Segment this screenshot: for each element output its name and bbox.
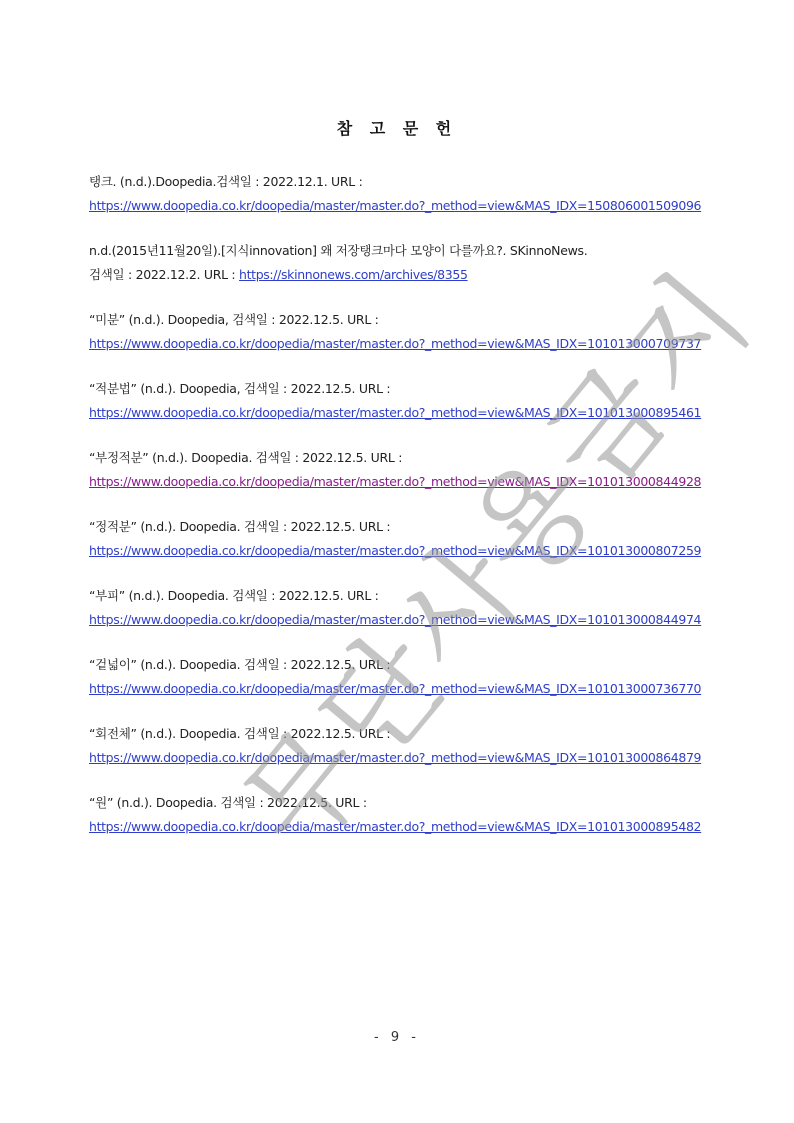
reference-item: “정적분” (n.d.). Doopedia. 검색일 : 2022.12.5.… — [89, 515, 709, 563]
reference-link[interactable]: https://www.doopedia.co.kr/doopedia/mast… — [89, 543, 701, 558]
reference-item: “부피” (n.d.). Doopedia. 검색일 : 2022.12.5. … — [89, 584, 709, 632]
reference-list: 탱크. (n.d.).Doopedia.검색일 : 2022.12.1. URL… — [89, 170, 709, 860]
reference-citation: “원” (n.d.). Doopedia. 검색일 : 2022.12.5. U… — [89, 791, 709, 815]
reference-link[interactable]: https://skinnonews.com/archives/8355 — [239, 267, 468, 282]
reference-link[interactable]: https://www.doopedia.co.kr/doopedia/mast… — [89, 750, 701, 765]
reference-item: “적분법” (n.d.). Doopedia, 검색일 : 2022.12.5.… — [89, 377, 709, 425]
reference-citation: “적분법” (n.d.). Doopedia, 검색일 : 2022.12.5.… — [89, 377, 709, 401]
reference-citation: “부정적분” (n.d.). Doopedia. 검색일 : 2022.12.5… — [89, 446, 709, 470]
reference-link[interactable]: https://www.doopedia.co.kr/doopedia/mast… — [89, 612, 701, 627]
reference-item: 탱크. (n.d.).Doopedia.검색일 : 2022.12.1. URL… — [89, 170, 709, 218]
reference-citation: “부피” (n.d.). Doopedia. 검색일 : 2022.12.5. … — [89, 584, 709, 608]
reference-link[interactable]: https://www.doopedia.co.kr/doopedia/mast… — [89, 681, 701, 696]
reference-citation: n.d.(2015년11월20일).[지식innovation] 왜 저장탱크마… — [89, 239, 709, 263]
reference-link[interactable]: https://www.doopedia.co.kr/doopedia/mast… — [89, 336, 701, 351]
reference-link-visited[interactable]: https://www.doopedia.co.kr/doopedia/mast… — [89, 474, 701, 489]
reference-link[interactable]: https://www.doopedia.co.kr/doopedia/mast… — [89, 405, 701, 420]
reference-citation: “미분” (n.d.). Doopedia, 검색일 : 2022.12.5. … — [89, 308, 709, 332]
reference-citation-continued: 검색일 : 2022.12.2. URL : — [89, 267, 239, 282]
reference-link[interactable]: https://www.doopedia.co.kr/doopedia/mast… — [89, 198, 701, 213]
reference-citation: “회전체” (n.d.). Doopedia. 검색일 : 2022.12.5.… — [89, 722, 709, 746]
reference-item: “겉넓이” (n.d.). Doopedia. 검색일 : 2022.12.5.… — [89, 653, 709, 701]
reference-citation: “정적분” (n.d.). Doopedia. 검색일 : 2022.12.5.… — [89, 515, 709, 539]
page-number: - 9 - — [0, 1030, 794, 1045]
reference-item: “원” (n.d.). Doopedia. 검색일 : 2022.12.5. U… — [89, 791, 709, 839]
reference-citation: 탱크. (n.d.).Doopedia.검색일 : 2022.12.1. URL… — [89, 170, 709, 194]
reference-item: “미분” (n.d.). Doopedia, 검색일 : 2022.12.5. … — [89, 308, 709, 356]
reference-citation: “겉넓이” (n.d.). Doopedia. 검색일 : 2022.12.5.… — [89, 653, 709, 677]
reference-item: “회전체” (n.d.). Doopedia. 검색일 : 2022.12.5.… — [89, 722, 709, 770]
page-title: 참 고 문 헌 — [0, 116, 794, 139]
reference-link[interactable]: https://www.doopedia.co.kr/doopedia/mast… — [89, 819, 701, 834]
reference-item: n.d.(2015년11월20일).[지식innovation] 왜 저장탱크마… — [89, 239, 709, 287]
reference-item: “부정적분” (n.d.). Doopedia. 검색일 : 2022.12.5… — [89, 446, 709, 494]
